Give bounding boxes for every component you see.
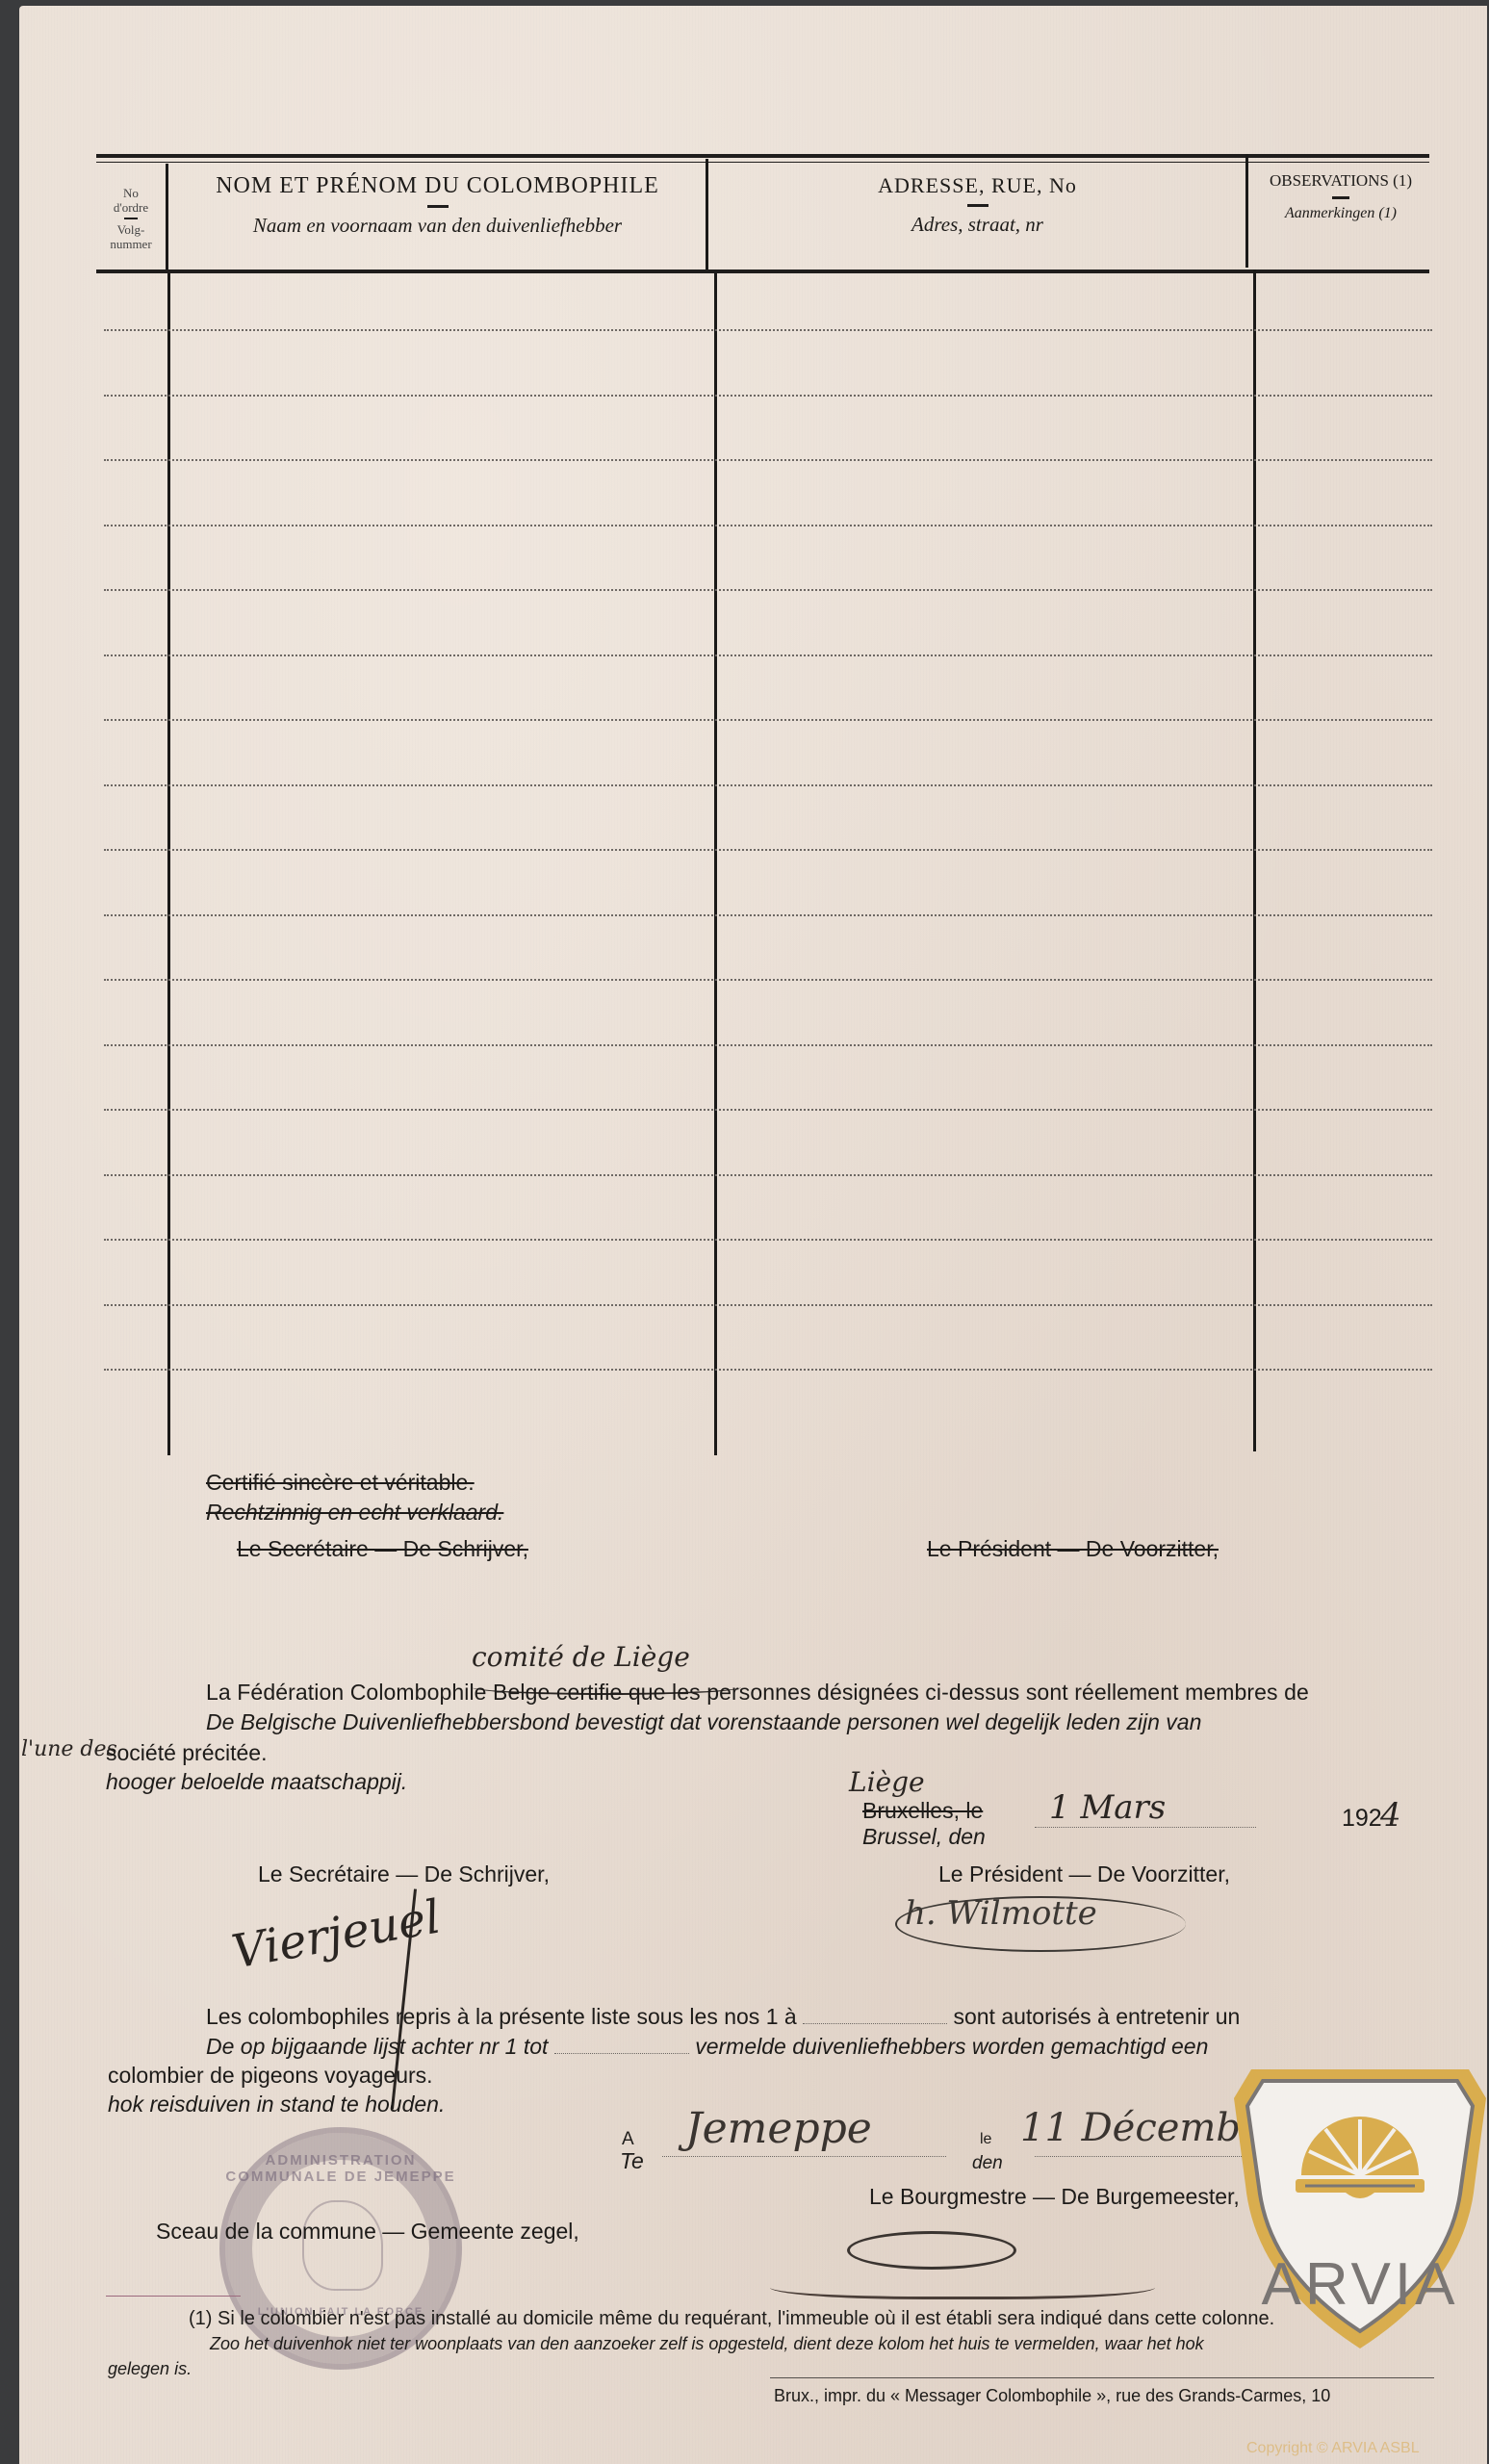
table-row: [104, 329, 1432, 331]
table-header-bottom-rule: [96, 269, 1429, 273]
header-address: ADRESSE, RUE, No Adres, straat, nr: [709, 173, 1245, 237]
federation-secretary: Le Secrétaire — De Schrijver,: [258, 1860, 550, 1888]
place-line: [662, 2156, 946, 2157]
federation-line-nl2: hooger beloelde maatschappij.: [106, 1767, 407, 1796]
header-name-fr: NOM ET PRÉNOM DU COLOMBOPHILE: [169, 173, 706, 199]
header-dash: [1332, 196, 1349, 199]
lion-icon: [302, 2200, 383, 2291]
authorization-fr-end: sont autorisés à entretenir un: [953, 2004, 1240, 2029]
federation-line-fr: La Fédération Colombophile Belge certifi…: [206, 1678, 1309, 1707]
header-observations: OBSERVATIONS (1) Aanmerkingen (1): [1249, 171, 1432, 222]
handwritten-prefix: l'une des: [21, 1737, 117, 1761]
header-observations-fr: OBSERVATIONS (1): [1249, 171, 1432, 191]
header-order-nl-2: nummer: [96, 237, 166, 251]
footnote-rule: [106, 2296, 241, 2297]
table-row: [104, 849, 1432, 851]
table-row: [104, 395, 1432, 397]
authorization-line-fr: Les colombophiles repris à la présente l…: [206, 2002, 1240, 2031]
header-col-divider-1: [166, 164, 168, 271]
printer-rule: [770, 2377, 1434, 2378]
certification-secretary: Le Secrétaire — De Schrijver,: [237, 1534, 528, 1563]
table-row: [104, 1174, 1432, 1176]
date-line-2: [1035, 2156, 1261, 2157]
certification-president: Le Président — De Voorzitter,: [927, 1534, 1219, 1563]
col-divider-3: [1253, 269, 1256, 1451]
authorization-fr-start: Les colombophiles repris à la présente l…: [206, 2004, 797, 2029]
table-row: [104, 1044, 1432, 1046]
printer-imprint: Brux., impr. du « Messager Colombophile …: [774, 2381, 1330, 2410]
header-order-nl-1: Volg-: [96, 222, 166, 237]
table-row: [104, 784, 1432, 786]
authorization-nl-blank: [554, 2053, 689, 2054]
authorization-line-nl: De op bijgaande lijst achter nr 1 tot ve…: [206, 2032, 1208, 2061]
federation-line-nl: De Belgische Duivenliefhebbersbond beves…: [206, 1707, 1201, 1736]
table-top-rule: [96, 154, 1429, 158]
year-printed: 192: [1342, 1804, 1382, 1833]
col-divider-1: [167, 273, 170, 1455]
federation-line-fr2: société précitée.: [106, 1738, 267, 1767]
footnote-nl: Zoo het duivenhok niet ter woonplaats va…: [210, 2329, 1204, 2358]
seal-text: ADMINISTRATION COMMUNALE DE JEMEPPE: [225, 2152, 456, 2185]
table-row: [104, 719, 1432, 721]
col-divider-2: [714, 273, 717, 1455]
date-den: den: [972, 2149, 1003, 2178]
federation-president: Le Président — De Voorzitter,: [938, 1860, 1230, 1888]
date-line: [1035, 1827, 1256, 1828]
header-dash: [427, 205, 449, 208]
certified-nl: Rechtzinnig en echt verklaard.: [206, 1498, 503, 1527]
year-handwritten: 4: [1380, 1796, 1401, 1835]
authorization-nl-start: De op bijgaande lijst achter nr 1 tot: [206, 2034, 548, 2059]
table-top-rule-thin: [96, 162, 1429, 163]
header-col-divider-2: [706, 159, 708, 269]
certified-fr-text: Certifié sincère et véritable.: [206, 1470, 475, 1495]
authorization-nl-end: vermelde duivenliefhebbers worden gemach…: [695, 2034, 1208, 2059]
table-row: [104, 1369, 1432, 1371]
table-row: [104, 979, 1432, 981]
header-order-fr-1: No: [96, 186, 166, 200]
header-order-number: No d'ordre Volg- nummer: [96, 186, 166, 251]
header-dash: [967, 204, 988, 207]
table-row: [104, 1239, 1432, 1241]
place-fr: Bruxelles, le: [862, 1796, 983, 1825]
header-name: NOM ET PRÉNOM DU COLOMBOPHILE Naam en vo…: [169, 173, 706, 238]
handwritten-place-jemeppe: Jemeppe: [685, 2104, 872, 2153]
arvia-wordmark: ARVIA: [1234, 2250, 1486, 2319]
seal-label: Sceau de la commune — Gemeente zegel,: [156, 2217, 579, 2246]
handwritten-date: 1 Mars: [1049, 1788, 1166, 1827]
mayor-signature: [770, 2231, 1174, 2308]
handwritten-place-liege: Liège: [849, 1766, 925, 1798]
authorization-fr-blank: [803, 2023, 947, 2024]
table-row: [104, 914, 1432, 916]
arvia-logo: ARVIA: [1234, 2060, 1486, 2348]
mayor-signature-loop: [847, 2231, 1016, 2270]
table-row: [104, 1109, 1432, 1111]
table-row: [104, 525, 1432, 526]
header-address-fr: ADRESSE, RUE, No: [709, 173, 1245, 198]
at-nl: Te: [620, 2146, 644, 2175]
table-row: [104, 459, 1432, 461]
federation-president-label: Le Président — De Voorzitter,: [938, 1861, 1230, 1886]
header-col-divider-3: [1245, 154, 1248, 268]
footnote-nl-cont: gelegen is.: [108, 2354, 192, 2383]
header-name-nl: Naam en voornaam van den duivenliefhebbe…: [169, 214, 706, 238]
header-observations-nl: Aanmerkingen (1): [1249, 205, 1432, 222]
authorization-line-nl2: hok reisduiven in stand te houden.: [108, 2090, 445, 2118]
place-nl: Brussel, den: [862, 1822, 986, 1851]
certified-fr: Certifié sincère et véritable.: [206, 1468, 475, 1497]
president-signature-flourish: [895, 1896, 1186, 1952]
copyright-watermark: Copyright © ARVIA ASBL: [1246, 2440, 1420, 2457]
handwritten-committee: comité de Liège: [472, 1641, 690, 1673]
authorization-line-fr2: colombier de pigeons voyageurs.: [108, 2061, 433, 2090]
place-fr-text: Bruxelles, le: [862, 1798, 983, 1823]
header-dash: [124, 218, 138, 219]
mayor-label: Le Bourgmestre — De Burgemeester,: [869, 2182, 1240, 2211]
seal-label-text: Sceau de la commune — Gemeente zegel,: [156, 2219, 579, 2244]
header-address-nl: Adres, straat, nr: [709, 213, 1245, 237]
federation-secretary-label: Le Secrétaire — De Schrijver,: [258, 1861, 550, 1886]
table-row: [104, 1304, 1432, 1306]
table-row: [104, 589, 1432, 591]
mayor-signature-flourish: [770, 2270, 1155, 2299]
table-row: [104, 654, 1432, 656]
header-order-fr-2: d'ordre: [96, 200, 166, 215]
